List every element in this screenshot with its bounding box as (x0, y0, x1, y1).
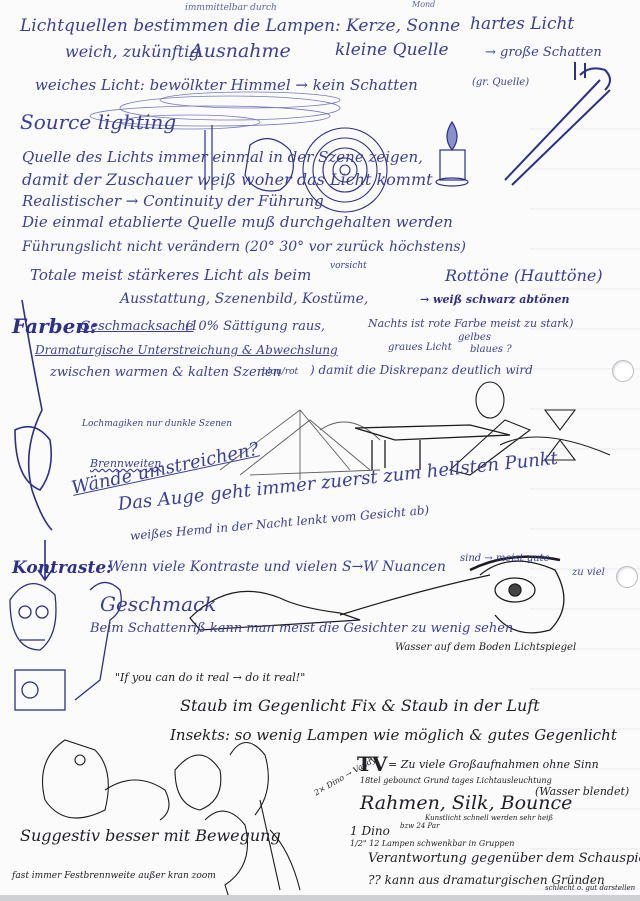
note-line-light-sources: Lichtquellen bestimmen die Lampen: Kerze… (20, 18, 460, 35)
note-soft-light: weiches Licht: bewölkter Himmel → kein S… (35, 78, 418, 93)
note-exception: Ausnahme (190, 42, 291, 61)
note-key-light: Führungslicht nicht verändern (20° 30° v… (22, 240, 466, 254)
note-silhouette: Beim Schattenriß kann man meist die Gesi… (90, 622, 513, 635)
note-12-lamps: 1/2" 12 Lampen schwenkbar in Gruppen (350, 840, 514, 848)
note-moon: Mond (412, 1, 435, 9)
note-blue-red: blau/rot (262, 368, 298, 377)
note-viewer-knows: damit der Zuschauer weiß woher das Licht… (22, 172, 433, 188)
note-soft: weich, zukünftig (65, 44, 199, 60)
note-tv-closeups: = Zu viele Großaufnahmen ohne Sinn (388, 759, 599, 770)
punch-hole-upper (612, 360, 634, 382)
note-saturation: (10% Sättigung raus, (185, 320, 325, 333)
note-warm-cold: zwischen warmen & kalten Szenen (50, 366, 281, 379)
note-grey-light: graues Licht (388, 343, 452, 353)
note-annotation-direct: immmittelbar durch (185, 4, 277, 13)
note-dramaturgic: Dramaturgische Unterstreichung & Abwechs… (35, 344, 338, 356)
note-matter-of-taste: Geschmacksache (80, 320, 193, 333)
note-big-shadow: → große Schatten (485, 46, 602, 59)
note-bluish: blaues ? (470, 345, 512, 355)
note-one-dino: 1 Dino (350, 825, 390, 837)
page-bottom-edge (0, 895, 640, 901)
note-taste: Geschmack (100, 594, 216, 614)
note-label-contrasts: Kontraste: (12, 560, 112, 577)
punch-hole-lower (616, 566, 638, 588)
note-water-floor: Wasser auf dem Boden Lichtspiegel (395, 643, 576, 653)
note-dust-backlight: Staub im Gegenlicht Fix & Staub in der L… (180, 698, 540, 714)
note-red-tones: Rottöne (Hauttöne) (445, 268, 603, 284)
note-continuity: Realistischer → Continuity der Führung (22, 194, 324, 209)
note-many-contrasts: Wenn viele Kontraste und vielen S→W Nuan… (108, 560, 446, 574)
note-wide-shot: Totale meist stärkeres Licht als beim (30, 268, 311, 283)
note-artificial-hot: Kunstlicht schnell werden sehr heiß (425, 815, 553, 822)
candle-sketch-icon (436, 122, 468, 186)
note-small-source: kleine Quelle (335, 42, 449, 59)
note-big-source: (gr. Quelle) (472, 78, 529, 88)
note-water-glare: (Wasser blendet) (535, 786, 629, 797)
note-yellow: gelbes (458, 333, 491, 343)
note-night-red: Nachts ist rote Farbe meist zu stark) (368, 318, 573, 329)
note-caution: vorsicht (330, 262, 367, 271)
note-good-bad: schlecht o. gut darstellen (545, 885, 635, 892)
note-do-it-real: "If you can do it real → do it real!" (115, 672, 305, 683)
note-24-par: bzw 24 Par (400, 823, 439, 830)
note-set-costume: Ausstattung, Szenenbild, Kostüme, (120, 292, 368, 306)
note-source-lighting: Source lighting (20, 112, 176, 132)
note-dark-scenes: Lochmagiken nur dunkle Szenen (82, 420, 232, 429)
note-hard-light: hartes Licht (470, 16, 574, 33)
notebook-page: immmittelbar durch Mond Lichtquellen bes… (0, 0, 640, 901)
note-suggestive-motion: Suggestiv besser mit Bewegung (20, 828, 281, 844)
note-established-source: Die einmal etablierte Quelle muß durchge… (22, 215, 453, 230)
note-mostly-good: sind → meist gute (460, 554, 550, 564)
totem-figure-sketch-icon (15, 300, 52, 580)
note-discrepancy: ) damit die Diskrepanz deutlich wird (310, 364, 533, 376)
note-white-shirt: weißes Hemd in der Nacht lenkt vom Gesic… (129, 504, 429, 542)
note-insects: Insekts: so wenig Lampen wie möglich & g… (170, 728, 617, 743)
note-prime-lens: fast immer Festbrennweite außer kran zoo… (12, 872, 216, 881)
note-bounced-daylight: 18tel gebounct Grund tages Lichtausleuch… (360, 777, 552, 785)
note-too-much: zu viel (572, 568, 605, 578)
note-show-source: Quelle des Lichts immer einmal in der Sz… (22, 150, 423, 165)
note-tone-down-bw: → weiß schwarz abtönen (420, 294, 569, 305)
note-responsibility-actor: Verantwortung gegenüber dem Schauspieler (368, 852, 640, 865)
